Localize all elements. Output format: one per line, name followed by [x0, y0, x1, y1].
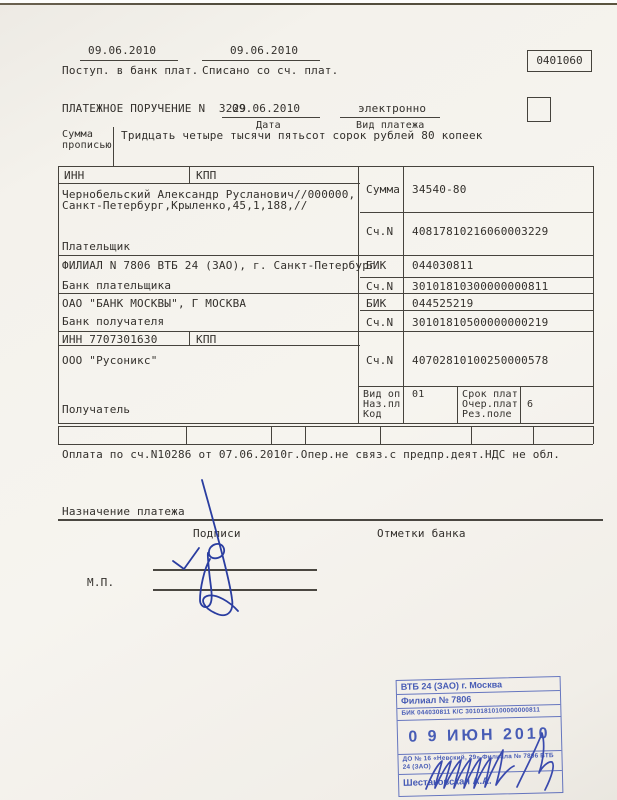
- grid-line: [533, 426, 534, 444]
- amount-label: Сумма: [366, 184, 400, 195]
- payer-account-value: 40817810216060003229: [412, 226, 548, 237]
- signature-loop: [200, 544, 224, 607]
- payee-inn: ИНН 7707301630: [62, 334, 158, 345]
- received-label: Поступ. в банк плат.: [62, 65, 198, 76]
- payer-signature: [173, 480, 238, 615]
- document-title: ПЛАТЕЖНОЕ ПОРУЧЕНИЕ N 3229: [62, 103, 246, 114]
- payee-account-label: Сч.N: [366, 355, 393, 366]
- amount-words: Тридцать четыре тысячи пятьсот сорок руб…: [121, 130, 483, 141]
- payment-order-document: 09.06.2010 Поступ. в банк плат. 09.06.20…: [0, 0, 617, 800]
- payee-bank-bik-value: 044525219: [412, 298, 473, 309]
- grid-line: [520, 386, 521, 423]
- payment-type-checkbox: [527, 97, 551, 122]
- reserve-label: Рез.поле: [462, 410, 512, 420]
- debited-label: Списано со сч. плат.: [202, 65, 338, 76]
- mp-label: М.П.: [87, 577, 114, 588]
- payment-type: электронно: [358, 103, 426, 114]
- grid-line: [360, 310, 593, 311]
- grid-line: [58, 426, 59, 444]
- purpose-text: Оплата по сч.N10286 от 07.06.2010г.Опер.…: [62, 449, 560, 460]
- grid-line: [360, 212, 593, 213]
- signatures-caption: Подписи: [193, 528, 241, 539]
- signature-line: [153, 589, 317, 591]
- signature-stroke: [202, 480, 238, 615]
- payee-name: ООО "Русоникс": [62, 355, 158, 366]
- grid-line: [593, 166, 594, 424]
- grid-line: [457, 386, 458, 423]
- grid-line: [113, 127, 114, 166]
- payee-caption: Получатель: [62, 404, 130, 415]
- grid-line: [305, 426, 306, 444]
- payee-bank-caption: Банк получателя: [62, 316, 164, 327]
- payee-bank-name: ОАО "БАНК МОСКВЫ", Г МОСКВА: [62, 298, 246, 309]
- received-date: 09.06.2010: [88, 45, 156, 56]
- grid-line: [58, 331, 593, 332]
- grid-line: [58, 183, 360, 184]
- grid-line: [58, 166, 593, 167]
- rule-line: [222, 117, 320, 118]
- document-date: 09.06.2010: [232, 103, 300, 114]
- payer-bank-bik-value: 044030811: [412, 260, 473, 271]
- queue-value: 6: [527, 400, 533, 410]
- payer-account-label: Сч.N: [366, 226, 393, 237]
- debited-date: 09.06.2010: [230, 45, 298, 56]
- payer-kpp-label: КПП: [196, 170, 216, 181]
- grid-line: [271, 426, 272, 444]
- amount-words-caption-2: прописью: [62, 141, 112, 151]
- payer-bank-caption: Банк плательщика: [62, 280, 171, 291]
- grid-line: [58, 293, 593, 294]
- payee-bank-account-label: Сч.N: [366, 317, 393, 328]
- grid-line: [189, 331, 190, 345]
- grid-line: [58, 255, 593, 256]
- scan-edge-line: [0, 3, 617, 5]
- op-code-label: Код: [363, 410, 382, 420]
- grid-line: [403, 166, 404, 424]
- rule-line: [80, 60, 178, 61]
- rule-line: [58, 519, 603, 521]
- grid-line: [593, 426, 594, 444]
- amount-words-caption-1: Сумма: [62, 130, 93, 140]
- payer-inn-label: ИНН: [64, 170, 84, 181]
- check-mark-icon: [173, 548, 199, 569]
- payer-bank-name: ФИЛИАЛ N 7806 ВТБ 24 (ЗАО), г. Санкт-Пет…: [62, 260, 376, 271]
- form-code-box: 0401060: [527, 50, 592, 72]
- grid-line: [58, 444, 593, 445]
- bank-marks-caption: Отметки банка: [377, 528, 466, 539]
- grid-line: [358, 166, 359, 424]
- payer-name-line2: Санкт-Петербург,Крыленко,45,1,188,//: [62, 200, 308, 211]
- payer-bank-account-value: 30101810300000000811: [412, 281, 548, 292]
- stamp-signer: Шестаковская А.А.: [399, 771, 562, 796]
- rule-line: [202, 60, 320, 61]
- payer-caption: Плательщик: [62, 241, 130, 252]
- grid-line: [360, 277, 593, 278]
- op-type-value: 01: [412, 390, 424, 400]
- grid-line: [358, 386, 593, 387]
- payee-kpp-label: КПП: [196, 334, 216, 345]
- bank-stamp: ВТБ 24 (ЗАО) г. Москва Филиал № 7806 БИК…: [396, 676, 564, 797]
- grid-line: [471, 426, 472, 444]
- payee-bank-account-value: 30101810500000000219: [412, 317, 548, 328]
- amount-value: 34540-80: [412, 184, 467, 195]
- purpose-caption: Назначение платежа: [62, 506, 185, 517]
- grid-line: [380, 426, 381, 444]
- stamp-date: 0 9 ИЮН 2010: [398, 717, 562, 755]
- grid-line: [58, 423, 593, 424]
- payee-account-value: 40702810100250000578: [412, 355, 548, 366]
- grid-line: [186, 426, 187, 444]
- grid-line: [58, 166, 59, 424]
- payer-bank-bik-label: БИК: [366, 260, 386, 271]
- signature-line: [153, 569, 317, 571]
- grid-line: [189, 166, 190, 183]
- grid-line: [58, 426, 593, 427]
- payee-bank-bik-label: БИК: [366, 298, 386, 309]
- rule-line: [340, 117, 440, 118]
- payer-bank-account-label: Сч.N: [366, 281, 393, 292]
